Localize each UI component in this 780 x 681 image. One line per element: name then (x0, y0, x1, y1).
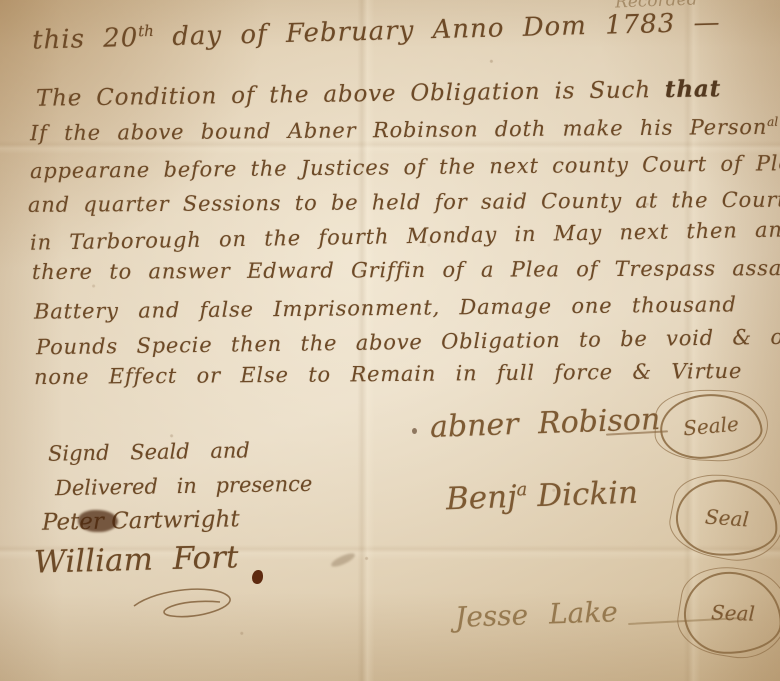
condition-line-text: The Condition of the above Obligation is… (36, 77, 665, 112)
signature-text: Benj (445, 479, 517, 517)
ink-blot (252, 570, 263, 584)
attestation-line-2: Delivered in presence (55, 472, 313, 500)
condition-line: Battery and false Imprisonment, Damage o… (34, 292, 737, 323)
seal-mark: Seale (657, 390, 764, 463)
date-rest: day of February Anno Dom 1783 — (154, 8, 721, 53)
condition-line: there to answer Edward Griffin of a Plea… (32, 256, 780, 284)
condition-line: in Tarborough on the fourth Monday in Ma… (30, 217, 780, 254)
date-line: this 20th day of February Anno Dom 1783 … (32, 7, 721, 56)
condition-line-text: appearane before the Justices of the nex… (30, 151, 780, 183)
condition-line-text: Pounds Specie then the above Obligation … (36, 325, 780, 360)
condition-line: If the above bound Abner Robinson doth m… (30, 115, 778, 146)
manuscript-page: Recorded this 20th day of February Anno … (0, 0, 780, 681)
condition-line: Pounds Specie then the above Obligation … (36, 325, 780, 360)
witness-signature-william-fort: William Fort (34, 539, 239, 580)
condition-line: appearane before the Justices of the nex… (30, 151, 780, 183)
seal-label: Seal (685, 572, 780, 653)
witness-signature-peter-cartwright: Peter Cartwright (42, 506, 240, 535)
date-superscript: th (138, 22, 154, 40)
signature-abner-robison: abner Robison (429, 402, 660, 445)
condition-line-emphasis: that (665, 75, 721, 103)
condition-line-superscript: al (767, 115, 778, 129)
condition-line-text: in Tarborough on the fourth Monday in Ma… (30, 217, 780, 254)
condition-line: The Condition of the above Obligation is… (36, 75, 721, 112)
date-text: this 20 (32, 23, 139, 56)
condition-line-text: there to answer Edward Griffin of a Plea… (32, 256, 780, 284)
condition-line-text: If the above bound Abner Robinson doth m… (30, 115, 767, 145)
signature-text: Dickin (527, 475, 639, 515)
seal-mark: Seal (673, 477, 780, 560)
ink-speck (412, 428, 417, 434)
attestation-line-1: Signd Seald and (48, 438, 250, 466)
condition-line: none Effect or Else to Remain in full fo… (34, 359, 742, 389)
condition-line-text: Battery and false Imprisonment, Damage o… (34, 292, 737, 323)
signature-flourish (128, 586, 258, 622)
seal-mark: Seal (683, 570, 780, 655)
signature-jesse-lake: Jesse Lake (454, 595, 618, 634)
condition-line-text: none Effect or Else to Remain in full fo… (34, 359, 742, 389)
seal-label: Seale (660, 392, 763, 460)
ink-blot (78, 510, 118, 532)
condition-line-text: and quarter Sessions to be held for said… (28, 187, 780, 217)
seal-label: Seal (676, 479, 779, 558)
condition-line: and quarter Sessions to be held for said… (28, 187, 780, 217)
ink-smudge (330, 551, 357, 569)
signature-benja-dickin: Benja Dickin (445, 475, 638, 518)
